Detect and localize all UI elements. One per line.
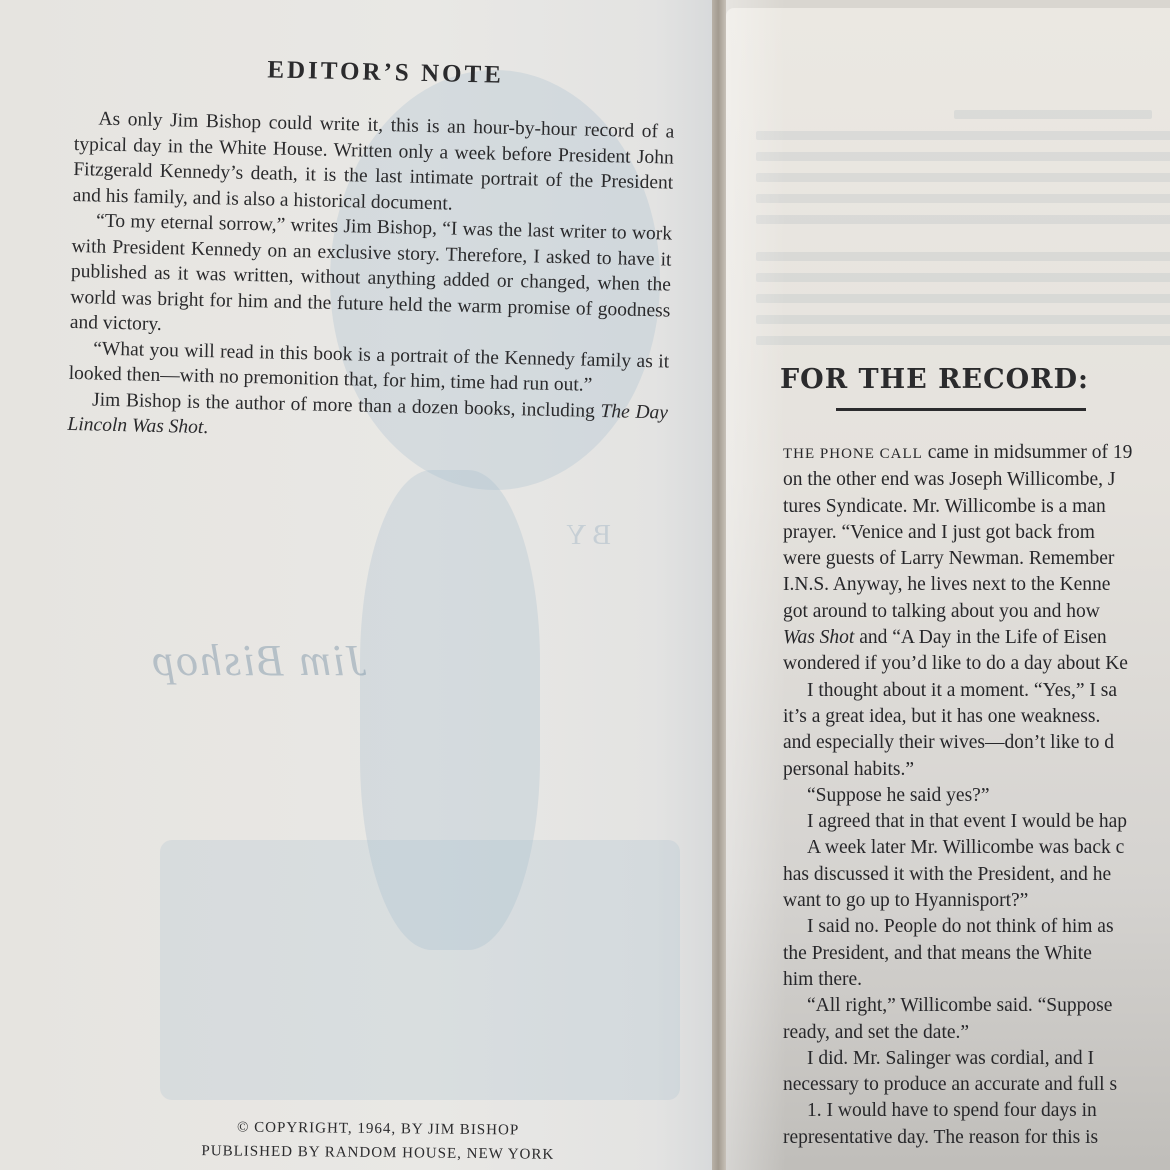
body-line: on the other end was Joseph Willicombe, … bbox=[783, 467, 1170, 493]
book-gutter bbox=[712, 0, 726, 1170]
body-line: necessary to produce an accurate and ful… bbox=[783, 1072, 1170, 1098]
copyright-block: © COPYRIGHT, 1964, BY JIM BISHOP PUBLISH… bbox=[168, 1115, 588, 1167]
editors-note: EDITOR’S NOTE As only Jim Bishop could w… bbox=[67, 52, 676, 451]
editors-note-paragraph-1: As only Jim Bishop could write it, this … bbox=[72, 106, 674, 222]
chapter-body: THE PHONE CALL came in midsummer of 19on… bbox=[783, 440, 1170, 1151]
chapter-heading: FOR THE RECORD: bbox=[780, 364, 1089, 395]
body-line: personal habits.” bbox=[783, 757, 1170, 783]
body-line: 1. I would have to spend four days in bbox=[783, 1098, 1170, 1124]
body-line: the President, and that means the White bbox=[783, 941, 1170, 967]
body-line: representative day. The reason for this … bbox=[783, 1125, 1170, 1151]
body-line: him there. bbox=[783, 967, 1170, 993]
body-line: has discussed it with the President, and… bbox=[783, 862, 1170, 888]
body-line: prayer. “Venice and I just got back from bbox=[783, 520, 1170, 546]
body-line: I.N.S. Anyway, he lives next to the Kenn… bbox=[783, 572, 1170, 598]
body-line: ready, and set the date.” bbox=[783, 1020, 1170, 1046]
illustration-ghost-signature: Jim Bishop bbox=[150, 635, 367, 686]
publisher-line: PUBLISHED BY RANDOM HOUSE, NEW YORK bbox=[168, 1139, 588, 1167]
body-line: Was Shot and “A Day in the Life of Eisen bbox=[783, 625, 1170, 651]
body-line: were guests of Larry Newman. Remember bbox=[783, 546, 1170, 572]
illustration-ghost-by: BY bbox=[560, 520, 611, 552]
body-line: I thought about it a moment. “Yes,” I sa bbox=[783, 678, 1170, 704]
editors-note-heading: EDITOR’S NOTE bbox=[75, 52, 675, 94]
showthrough-text bbox=[756, 98, 1170, 357]
body-line: and especially their wives—don’t like to… bbox=[783, 730, 1170, 756]
body-line: want to go up to Hyannisport?” bbox=[783, 888, 1170, 914]
heading-rule bbox=[836, 408, 1086, 411]
illustration-showthrough-desk bbox=[160, 840, 680, 1100]
body-line: I said no. People do not think of him as bbox=[783, 914, 1170, 940]
right-page: FOR THE RECORD: THE PHONE CALL came in m… bbox=[726, 8, 1170, 1170]
left-page: BY Jim Bishop EDITOR’S NOTE As only Jim … bbox=[0, 0, 712, 1170]
body-line: tures Syndicate. Mr. Willicombe is a man bbox=[783, 494, 1170, 520]
body-line: “Suppose he said yes?” bbox=[783, 783, 1170, 809]
body-line: I did. Mr. Salinger was cordial, and I bbox=[783, 1046, 1170, 1072]
body-line: A week later Mr. Willicombe was back c bbox=[783, 835, 1170, 861]
body-line: got around to talking about you and how bbox=[783, 599, 1170, 625]
body-line: “All right,” Willicombe said. “Suppose bbox=[783, 993, 1170, 1019]
editors-note-paragraph-2: “To my eternal sorrow,” writes Jim Bisho… bbox=[70, 208, 673, 349]
body-line: wondered if you’d like to do a day about… bbox=[783, 651, 1170, 677]
body-line: THE PHONE CALL came in midsummer of 19 bbox=[783, 440, 1170, 467]
book-title: Was Shot bbox=[783, 627, 854, 648]
body-line: I agreed that in that event I would be h… bbox=[783, 809, 1170, 835]
body-line: it’s a great idea, but it has one weakne… bbox=[783, 704, 1170, 730]
opening-smallcaps: THE PHONE CALL bbox=[783, 446, 923, 462]
